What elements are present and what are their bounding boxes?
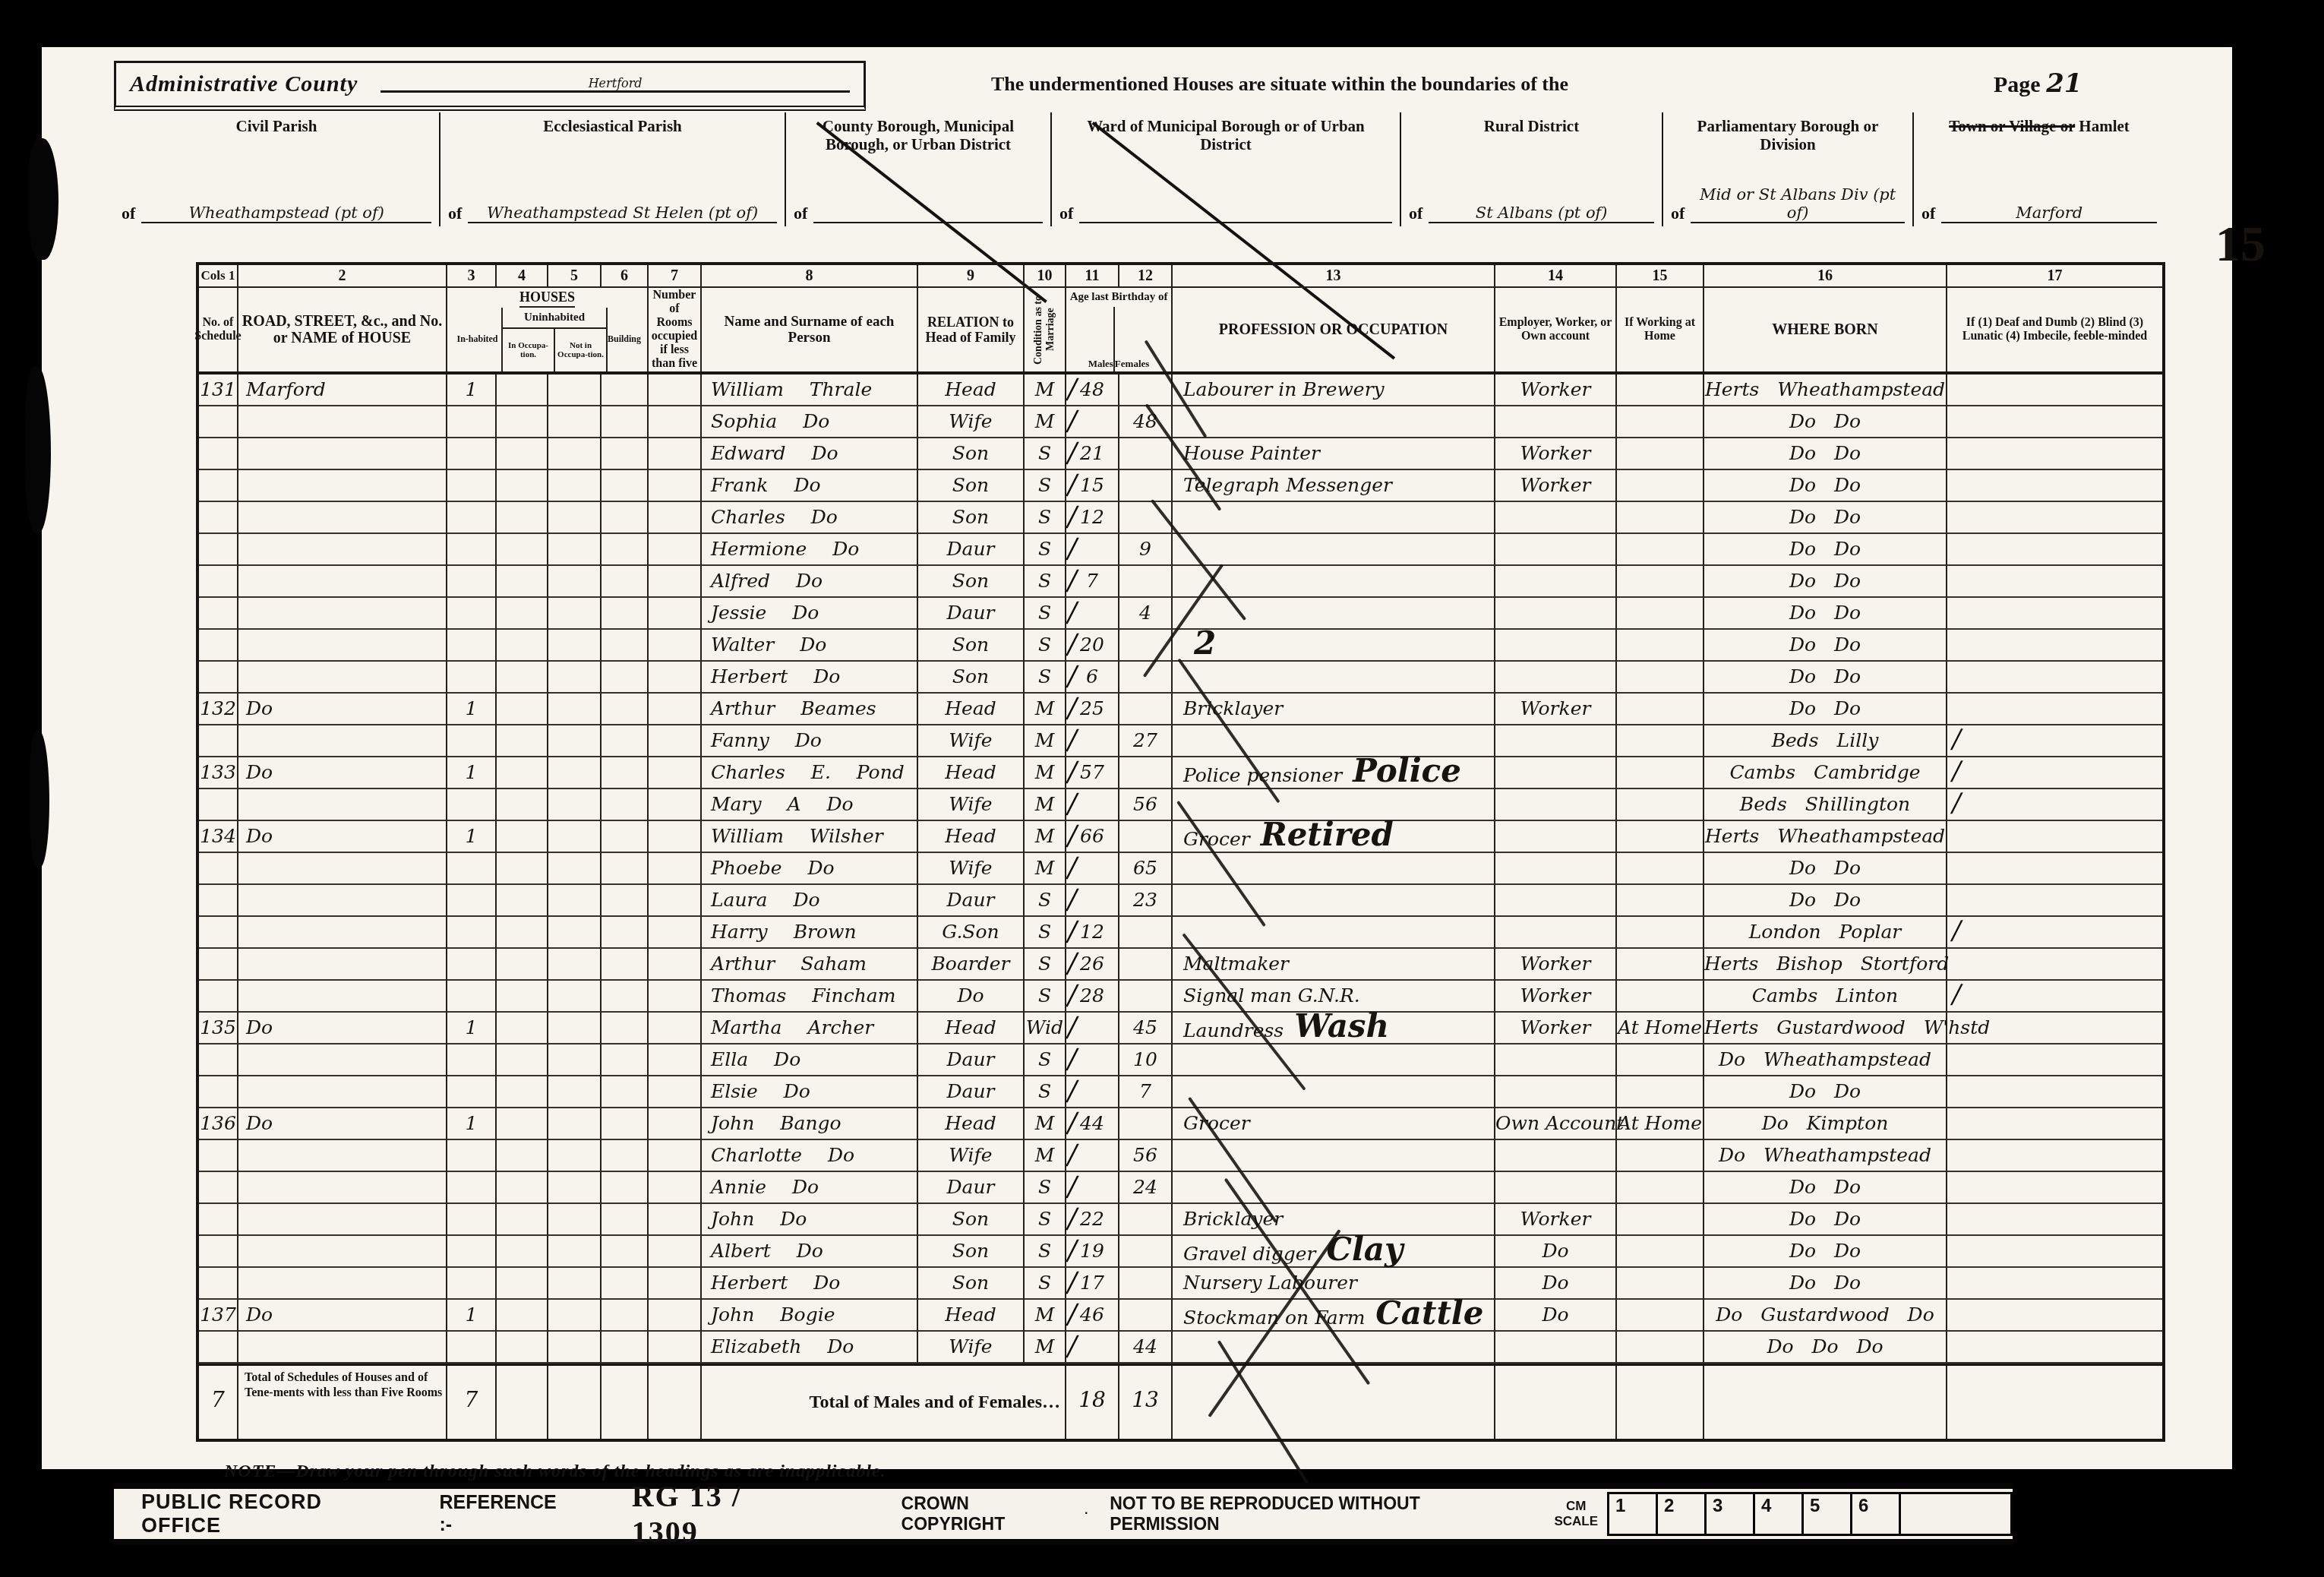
cell-road: Marford xyxy=(238,374,447,406)
column-number: 12 xyxy=(1119,265,1173,288)
cell-rooms xyxy=(649,566,702,598)
cell-notocc xyxy=(548,757,602,789)
cell-occ xyxy=(1173,1140,1495,1172)
cell-cond: Wid xyxy=(1025,1013,1066,1044)
cm-scale-mark: 2 xyxy=(1656,1492,1704,1536)
cell-inocc xyxy=(497,438,548,470)
cell-m: 15 xyxy=(1066,470,1119,502)
cell-road xyxy=(238,598,447,630)
cell-home xyxy=(1617,1204,1704,1236)
cell-s xyxy=(199,949,238,981)
column-number: 13 xyxy=(1173,265,1495,288)
cell-f xyxy=(1119,757,1173,789)
cell-m: 6 xyxy=(1066,662,1119,694)
cell-occ: Labourer in Brewery xyxy=(1173,374,1495,406)
cell-s xyxy=(199,1268,238,1300)
cell-rooms xyxy=(649,438,702,470)
cell-born: Cambs Linton xyxy=(1704,981,1947,1013)
cell-emp xyxy=(1495,630,1617,662)
cell-f: 23 xyxy=(1119,885,1173,917)
cell-cond: S xyxy=(1025,949,1066,981)
cell-notocc xyxy=(548,1108,602,1140)
cell-name: Arthur Beames xyxy=(702,694,918,725)
cell-bldg xyxy=(602,1140,649,1172)
cell-name: Laura Do xyxy=(702,885,918,917)
cell-rel: Head xyxy=(918,821,1025,853)
cell-f xyxy=(1119,630,1173,662)
cell-inocc xyxy=(497,470,548,502)
cm-scale-mark xyxy=(1899,1492,2013,1536)
cell-f: 27 xyxy=(1119,725,1173,757)
cell-occ xyxy=(1173,566,1495,598)
cell-rel: Wife xyxy=(918,789,1025,821)
cell-s xyxy=(199,1332,238,1364)
cell-born: Herts Wheathampstead xyxy=(1704,821,1947,853)
cell-cond: M xyxy=(1025,821,1066,853)
cell-m xyxy=(1066,534,1119,566)
cell-inh xyxy=(447,598,497,630)
cell-f: 4 xyxy=(1119,598,1173,630)
cell-rooms xyxy=(649,470,702,502)
cell-inocc xyxy=(497,885,548,917)
cell-inf xyxy=(1947,1076,2162,1108)
cell-inocc xyxy=(497,1300,548,1332)
cell-rooms xyxy=(649,1076,702,1108)
cell-rel: Daur xyxy=(918,885,1025,917)
cell-m: 57 xyxy=(1066,757,1119,789)
cell-f xyxy=(1119,1268,1173,1300)
header-uninhabited: Uninhabited In Occupa-tion. Not in Occup… xyxy=(503,308,608,371)
cell-inocc xyxy=(497,917,548,949)
cell-cond: S xyxy=(1025,1268,1066,1300)
cell-born: Do Do xyxy=(1704,438,1947,470)
cell-home xyxy=(1617,725,1704,757)
header-not-in-occupation: Not in Occupa-tion. xyxy=(555,329,606,371)
cell-home xyxy=(1617,1172,1704,1204)
cell-name: Sophia Do xyxy=(702,406,918,438)
cell-home xyxy=(1617,981,1704,1013)
cell-bldg xyxy=(602,1044,649,1076)
cell-f: 9 xyxy=(1119,534,1173,566)
cell-occ xyxy=(1173,662,1495,694)
cell-notocc xyxy=(548,1044,602,1076)
cell-born: Do Do xyxy=(1704,534,1947,566)
table-row: 135Do1Martha ArcherHeadWid45LaundressWas… xyxy=(199,1013,2162,1044)
cell-emp xyxy=(1495,406,1617,438)
cell-m xyxy=(1066,1172,1119,1204)
cell-cond: M xyxy=(1025,1300,1066,1332)
cell-born: Beds Shillington xyxy=(1704,789,1947,821)
cell-f xyxy=(1119,470,1173,502)
column-number: 9 xyxy=(918,265,1025,288)
cell-inocc xyxy=(497,1236,548,1268)
cell-emp xyxy=(1495,1332,1617,1364)
cell-rel: Wife xyxy=(918,1332,1025,1364)
cell-born: Do Do xyxy=(1704,470,1947,502)
cell-emp: Worker xyxy=(1495,470,1617,502)
cell-road xyxy=(238,789,447,821)
header-relation: RELATION to Head of Family xyxy=(918,288,1025,371)
header-infirmity: If (1) Deaf and Dumb (2) Blind (3) Lunat… xyxy=(1947,288,2162,371)
header-building: Building xyxy=(608,308,641,371)
cell-inf xyxy=(1947,1268,2162,1300)
total-schedules: 7 xyxy=(199,1366,238,1439)
cell-road xyxy=(238,470,447,502)
cm-scale-cells: 123456 xyxy=(1607,1492,2013,1536)
cell-m xyxy=(1066,789,1119,821)
cell-rooms xyxy=(649,374,702,406)
cell-cond: S xyxy=(1025,885,1066,917)
cell-home xyxy=(1617,630,1704,662)
header-home: If Working at Home xyxy=(1617,288,1704,371)
cell-f: 24 xyxy=(1119,1172,1173,1204)
cell-road xyxy=(238,981,447,1013)
cell-bldg xyxy=(602,1332,649,1364)
cell-emp: Worker xyxy=(1495,694,1617,725)
cell-name: Walter Do xyxy=(702,630,918,662)
cell-born: London Poplar xyxy=(1704,917,1947,949)
cell-f xyxy=(1119,1300,1173,1332)
cell-emp: Do xyxy=(1495,1300,1617,1332)
table-row: Edward DoSonS21House PainterWorkerDo Do xyxy=(199,438,2162,470)
column-number: 10 xyxy=(1025,265,1066,288)
table-row: John DoSonS22BricklayerWorkerDo Do xyxy=(199,1204,2162,1236)
cell-rooms xyxy=(649,1108,702,1140)
cell-s xyxy=(199,1236,238,1268)
cell-f xyxy=(1119,566,1173,598)
cell-road xyxy=(238,662,447,694)
cell-emp xyxy=(1495,1044,1617,1076)
cell-occ xyxy=(1173,406,1495,438)
cell-occ xyxy=(1173,534,1495,566)
cell-home xyxy=(1617,662,1704,694)
cell-road: Do xyxy=(238,1013,447,1044)
totals-row: 7 Total of Schedules of Houses and of Te… xyxy=(199,1364,2162,1439)
cell-inh xyxy=(447,1268,497,1300)
cell-emp: Worker xyxy=(1495,949,1617,981)
cell-name: William Wilsher xyxy=(702,821,918,853)
cell-cond: M xyxy=(1025,725,1066,757)
table-row: Ella DoDaurS10Do Wheathampstead xyxy=(199,1044,2162,1076)
cell-name: Edward Do xyxy=(702,438,918,470)
cell-s xyxy=(199,853,238,885)
cell-inocc xyxy=(497,1013,548,1044)
footer-reference-label: REFERENCE :- xyxy=(440,1492,564,1536)
cell-home xyxy=(1617,1044,1704,1076)
cell-name: Charles E. Pond xyxy=(702,757,918,789)
cell-bldg xyxy=(602,1204,649,1236)
cell-rooms xyxy=(649,821,702,853)
cell-inh xyxy=(447,1236,497,1268)
cell-road xyxy=(238,1172,447,1204)
cell-rel: Wife xyxy=(918,725,1025,757)
cell-bldg xyxy=(602,694,649,725)
cell-inh: 1 xyxy=(447,821,497,853)
situate-line: The undermentioned Houses are situate wi… xyxy=(915,73,1644,96)
cell-occ: Bricklayer xyxy=(1173,694,1495,725)
cell-s xyxy=(199,885,238,917)
cell-occ: LaundressWash xyxy=(1173,1013,1495,1044)
cell-emp xyxy=(1495,502,1617,534)
table-row: Phoebe DoWifeM65Do Do xyxy=(199,853,2162,885)
cell-inf xyxy=(1947,789,2162,821)
cell-rel: Boarder xyxy=(918,949,1025,981)
cell-name: Arthur Saham xyxy=(702,949,918,981)
cell-occ xyxy=(1173,1172,1495,1204)
cell-rel: Daur xyxy=(918,598,1025,630)
cell-rooms xyxy=(649,1172,702,1204)
cell-notocc xyxy=(548,853,602,885)
cell-name: Mary A Do xyxy=(702,789,918,821)
cell-home xyxy=(1617,502,1704,534)
cell-born: Do Do xyxy=(1704,502,1947,534)
cell-notocc xyxy=(548,917,602,949)
cell-emp: Do xyxy=(1495,1268,1617,1300)
cell-inh xyxy=(447,1140,497,1172)
cell-notocc xyxy=(548,1013,602,1044)
cell-inf xyxy=(1947,566,2162,598)
header-profession: PROFESSION OR OCCUPATION xyxy=(1173,288,1495,371)
cell-rel: Son xyxy=(918,566,1025,598)
cell-f xyxy=(1119,981,1173,1013)
field-hamlet: Town or Village or Hamlet ofMarford xyxy=(1914,112,2165,226)
cell-born: Do Do xyxy=(1704,662,1947,694)
cell-notocc xyxy=(548,789,602,821)
cell-name: Martha Archer xyxy=(702,1013,918,1044)
cell-m: 12 xyxy=(1066,502,1119,534)
cell-bldg xyxy=(602,1172,649,1204)
cell-bldg xyxy=(602,725,649,757)
cell-s xyxy=(199,1076,238,1108)
cell-road xyxy=(238,1076,447,1108)
cell-inh xyxy=(447,1204,497,1236)
cell-road: Do xyxy=(238,757,447,789)
column-number: 14 xyxy=(1495,265,1617,288)
cell-inh xyxy=(447,949,497,981)
cell-m xyxy=(1066,406,1119,438)
torn-edge-mark xyxy=(28,138,58,260)
cell-born: Do Do xyxy=(1704,853,1947,885)
cell-s: 132 xyxy=(199,694,238,725)
cell-bldg xyxy=(602,1236,649,1268)
cell-inh xyxy=(447,1332,497,1364)
table-row: 134Do1William WilsherHeadM66GrocerRetire… xyxy=(199,821,2162,853)
cell-bldg xyxy=(602,1108,649,1140)
cell-rooms xyxy=(649,1332,702,1364)
cell-rel: Daur xyxy=(918,1044,1025,1076)
cell-rel: Wife xyxy=(918,1140,1025,1172)
cell-rel: Head xyxy=(918,694,1025,725)
table-row: Walter DoSonS202Do Do xyxy=(199,630,2162,662)
cell-f xyxy=(1119,438,1173,470)
table-row: Mary A DoWifeM56Beds Shillington xyxy=(199,789,2162,821)
torn-edge-mark xyxy=(25,366,51,533)
cell-name: Frank Do xyxy=(702,470,918,502)
cell-f xyxy=(1119,1108,1173,1140)
cell-born: Do Do xyxy=(1704,1268,1947,1300)
cell-cond: S xyxy=(1025,470,1066,502)
cell-s: 136 xyxy=(199,1108,238,1140)
cell-rooms xyxy=(649,789,702,821)
cell-bldg xyxy=(602,949,649,981)
cell-rooms xyxy=(649,502,702,534)
cell-inocc xyxy=(497,725,548,757)
cm-scale: CM SCALE 123456 xyxy=(1545,1492,2013,1536)
cell-inh xyxy=(447,470,497,502)
cell-inf xyxy=(1947,406,2162,438)
cm-scale-mark: 5 xyxy=(1801,1492,1850,1536)
cell-s: 137 xyxy=(199,1300,238,1332)
cell-notocc xyxy=(548,1172,602,1204)
cell-f xyxy=(1119,949,1173,981)
cell-inh: 1 xyxy=(447,757,497,789)
table-row: 132Do1Arthur BeamesHeadM25BricklayerWork… xyxy=(199,694,2162,725)
cell-born: Do Kimpton xyxy=(1704,1108,1947,1140)
cell-f: 7 xyxy=(1119,1076,1173,1108)
cell-notocc xyxy=(548,630,602,662)
cell-home xyxy=(1617,1268,1704,1300)
cell-notocc xyxy=(548,694,602,725)
cell-occ xyxy=(1173,853,1495,885)
cell-f xyxy=(1119,1236,1173,1268)
cell-occ: Maltmaker xyxy=(1173,949,1495,981)
cell-notocc xyxy=(548,981,602,1013)
cell-inf xyxy=(1947,630,2162,662)
table-body: 131Marford1William ThraleHeadM48Labourer… xyxy=(199,374,2162,1364)
cell-bldg xyxy=(602,470,649,502)
cm-scale-mark: 1 xyxy=(1607,1492,1656,1536)
cell-inf xyxy=(1947,694,2162,725)
footer-separator: · xyxy=(1085,1507,1088,1521)
admin-county-label: Administrative County xyxy=(130,71,358,97)
cell-bldg xyxy=(602,598,649,630)
cell-notocc xyxy=(548,1140,602,1172)
cell-road xyxy=(238,566,447,598)
cell-cond: M xyxy=(1025,406,1066,438)
table-row: Herbert DoSonS17Nursery LabourerDoDo Do xyxy=(199,1268,2162,1300)
cell-inf xyxy=(1947,853,2162,885)
film-margin-number: 15 xyxy=(2215,216,2266,273)
cell-bldg xyxy=(602,534,649,566)
cell-home xyxy=(1617,694,1704,725)
cell-m: 26 xyxy=(1066,949,1119,981)
cell-name: Fanny Do xyxy=(702,725,918,757)
cell-name: Jessie Do xyxy=(702,598,918,630)
header-males: Males xyxy=(1088,307,1115,372)
cell-bldg xyxy=(602,406,649,438)
cell-emp xyxy=(1495,917,1617,949)
cell-inf xyxy=(1947,1300,2162,1332)
cell-cond: M xyxy=(1025,853,1066,885)
cell-road xyxy=(238,534,447,566)
cell-m: 46 xyxy=(1066,1300,1119,1332)
cell-inh: 1 xyxy=(447,1108,497,1140)
table-row: Fanny DoWifeM27Beds Lilly xyxy=(199,725,2162,757)
cell-name: Albert Do xyxy=(702,1236,918,1268)
cell-inh: 1 xyxy=(447,1300,497,1332)
cell-rel: Son xyxy=(918,470,1025,502)
cell-rooms xyxy=(649,534,702,566)
cell-f xyxy=(1119,821,1173,853)
census-scan-page: { "page": {"margin_number": "15", "page_… xyxy=(0,0,2324,1577)
cell-s xyxy=(199,1044,238,1076)
table-row: Annie DoDaurS24Do Do xyxy=(199,1172,2162,1204)
cell-road: Do xyxy=(238,821,447,853)
cell-name: Charles Do xyxy=(702,502,918,534)
cm-scale-mark: 4 xyxy=(1753,1492,1801,1536)
cell-inf xyxy=(1947,534,2162,566)
cell-s: 134 xyxy=(199,821,238,853)
cell-inh xyxy=(447,630,497,662)
cell-s xyxy=(199,566,238,598)
cell-home xyxy=(1617,757,1704,789)
cell-cond: M xyxy=(1025,1140,1066,1172)
cell-occ: 2 xyxy=(1173,630,1495,662)
cell-born: Herts Wheathampstead xyxy=(1704,374,1947,406)
cell-notocc xyxy=(548,566,602,598)
cell-inh: 1 xyxy=(447,1013,497,1044)
cell-occ xyxy=(1173,502,1495,534)
cell-name: Hermione Do xyxy=(702,534,918,566)
cell-notocc xyxy=(548,725,602,757)
cell-bldg xyxy=(602,853,649,885)
table-row: Frank DoSonS15Telegraph MessengerWorkerD… xyxy=(199,470,2162,502)
cell-born: Do Wheathampstead xyxy=(1704,1044,1947,1076)
cell-s xyxy=(199,1172,238,1204)
cell-name: Thomas Fincham xyxy=(702,981,918,1013)
cell-emp xyxy=(1495,789,1617,821)
cell-inocc xyxy=(497,789,548,821)
cell-s xyxy=(199,662,238,694)
cell-inf xyxy=(1947,502,2162,534)
column-number: 2 xyxy=(238,265,447,288)
cell-f: 48 xyxy=(1119,406,1173,438)
cell-f: 44 xyxy=(1119,1332,1173,1364)
cell-cond: S xyxy=(1025,1172,1066,1204)
cell-name: Annie Do xyxy=(702,1172,918,1204)
cell-bldg xyxy=(602,981,649,1013)
cell-rooms xyxy=(649,757,702,789)
cell-rel: Son xyxy=(918,438,1025,470)
cell-rel: Son xyxy=(918,1268,1025,1300)
header-age-group: Age last Birthday of Males Females xyxy=(1066,288,1173,371)
cell-bldg xyxy=(602,1076,649,1108)
cell-bldg xyxy=(602,566,649,598)
cell-cond: S xyxy=(1025,1204,1066,1236)
cell-m: 12 xyxy=(1066,917,1119,949)
cell-home xyxy=(1617,566,1704,598)
cell-occ: GrocerRetired xyxy=(1173,821,1495,853)
cell-road xyxy=(238,1236,447,1268)
cell-cond: S xyxy=(1025,917,1066,949)
cell-rooms xyxy=(649,1300,702,1332)
cell-occ: Grocer xyxy=(1173,1108,1495,1140)
cell-s xyxy=(199,981,238,1013)
cell-home xyxy=(1617,949,1704,981)
table-row: 133Do1Charles E. PondHeadM57Police pensi… xyxy=(199,757,2162,789)
column-number-row: Cols 1234567891011121314151617 xyxy=(199,265,2162,288)
column-header-row: No. of Schedule ROAD, STREET, &c., and N… xyxy=(199,288,2162,374)
cell-emp xyxy=(1495,1076,1617,1108)
cell-inf xyxy=(1947,374,2162,406)
cell-notocc xyxy=(548,502,602,534)
cell-rooms xyxy=(649,885,702,917)
cell-m xyxy=(1066,885,1119,917)
cell-born: Do Do xyxy=(1704,598,1947,630)
cell-f: 56 xyxy=(1119,789,1173,821)
cell-s xyxy=(199,438,238,470)
cell-s xyxy=(199,406,238,438)
